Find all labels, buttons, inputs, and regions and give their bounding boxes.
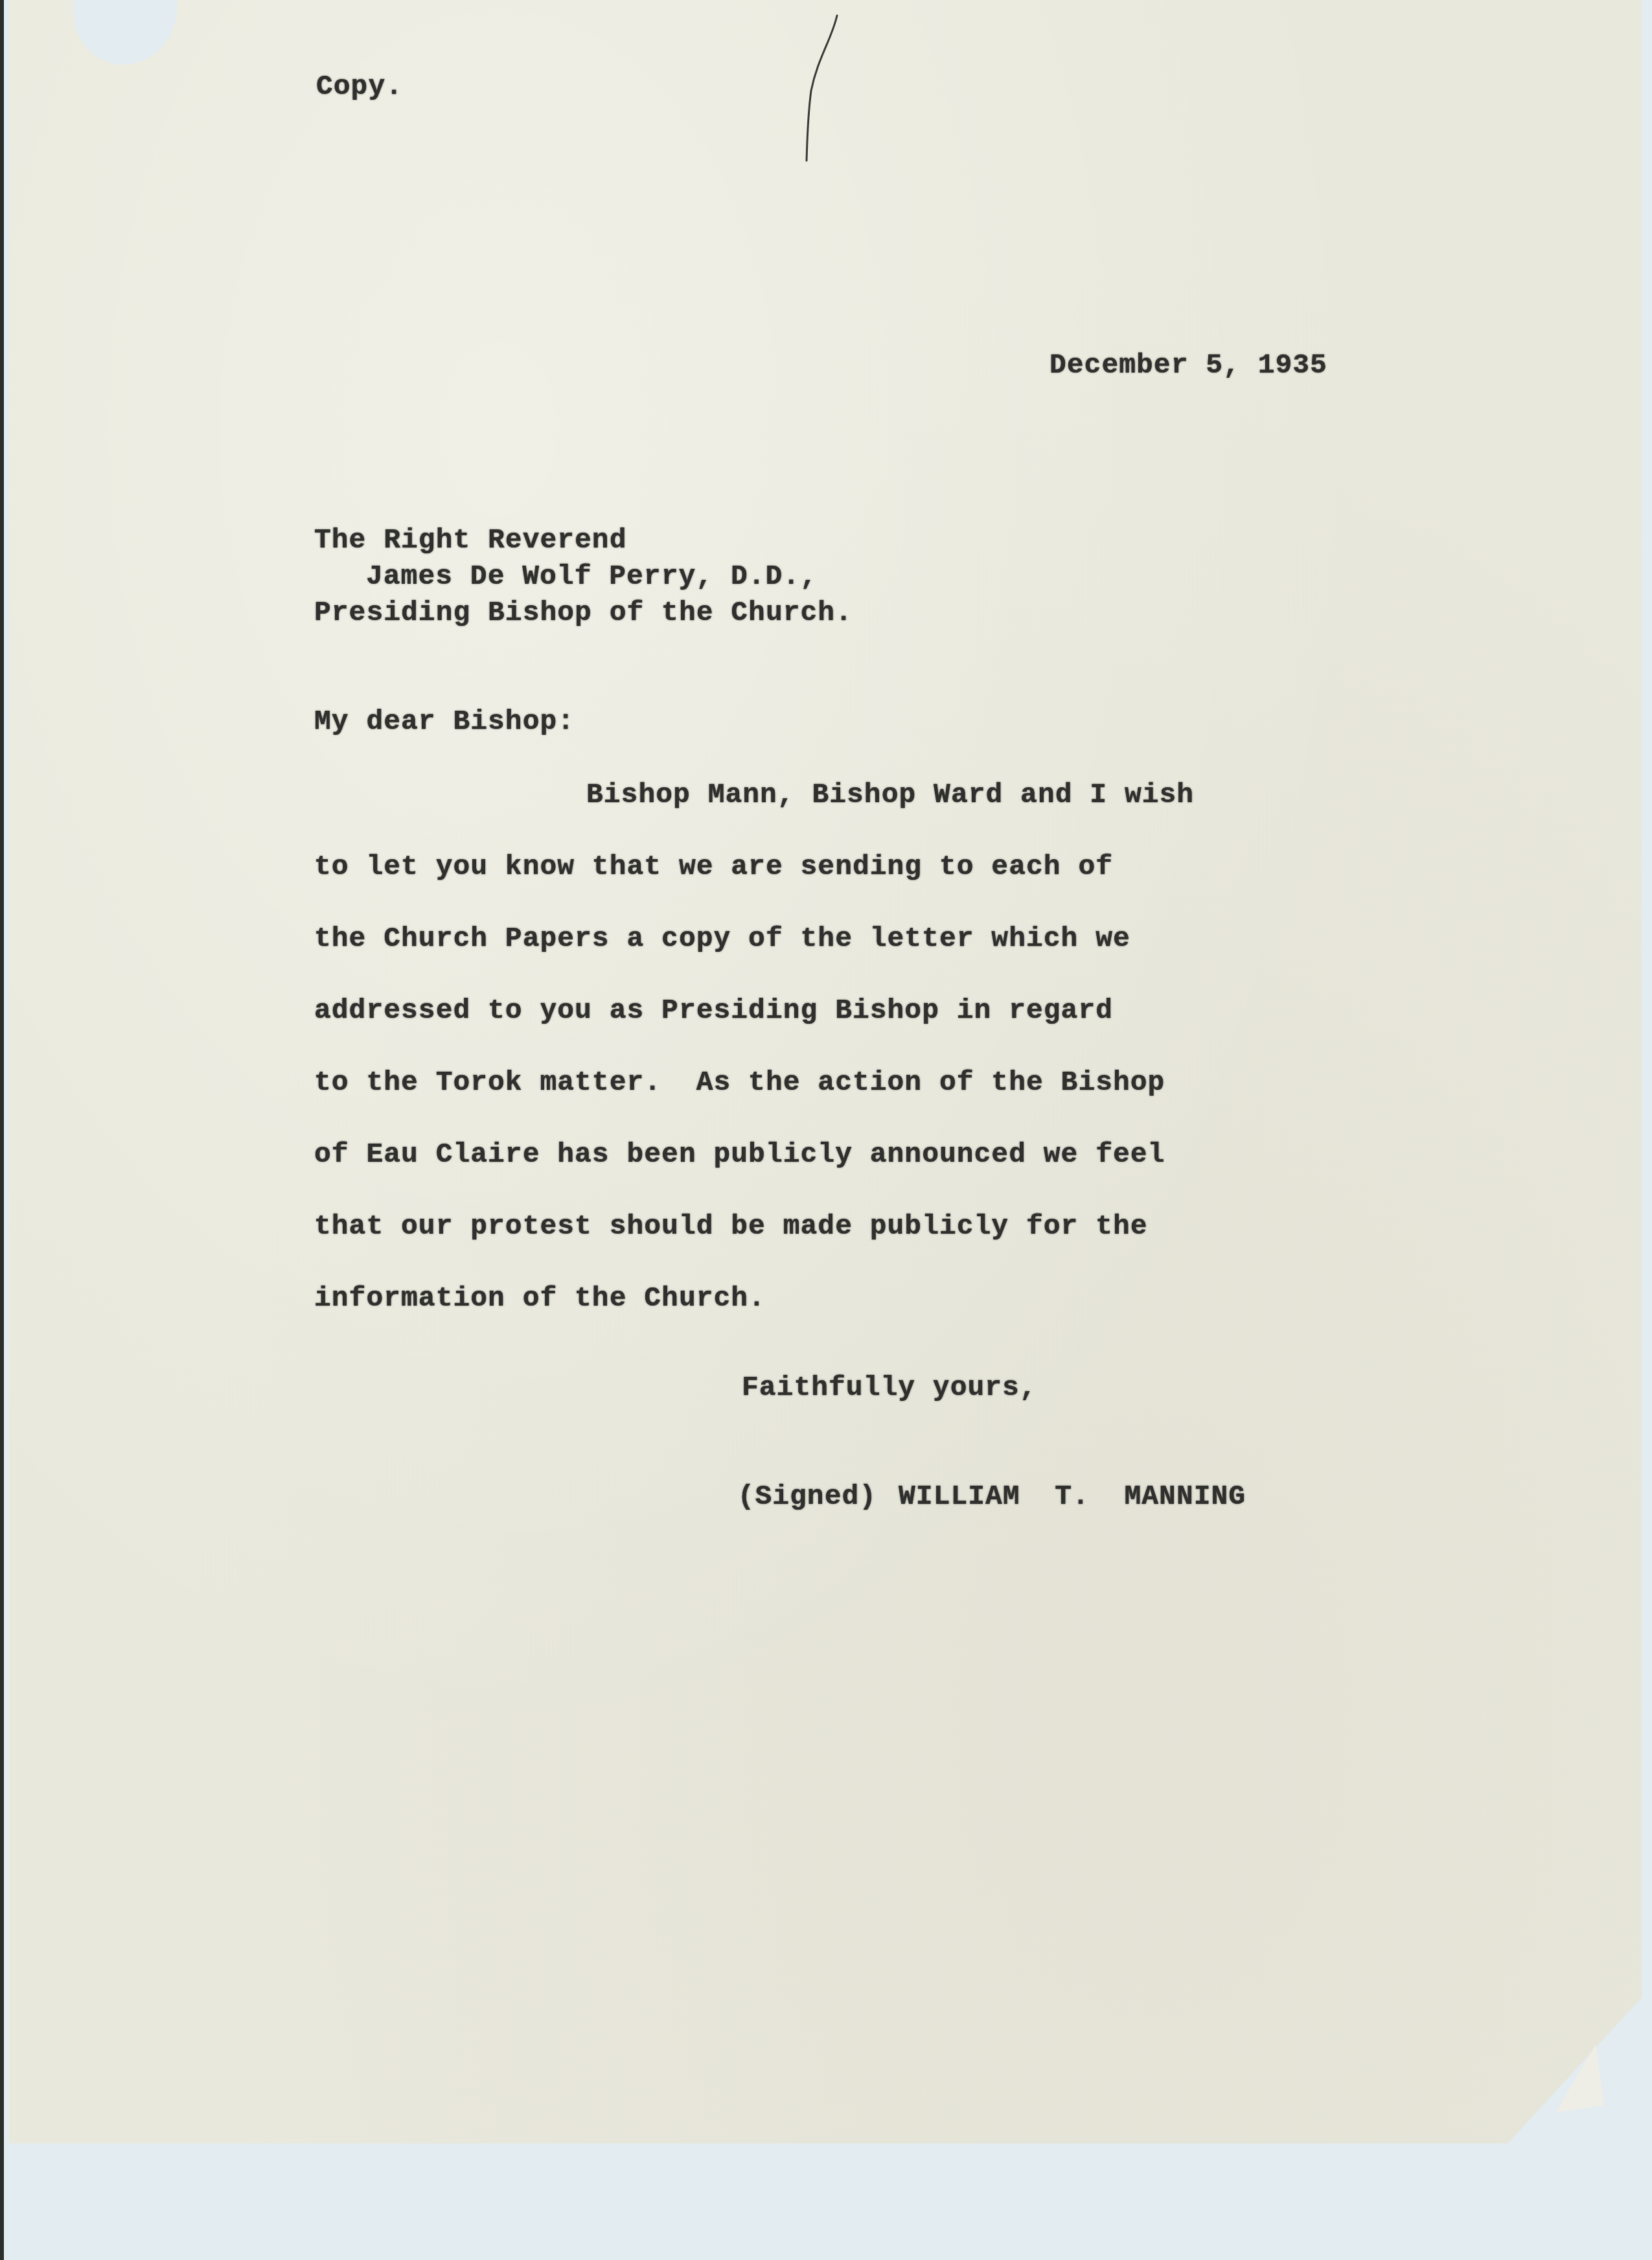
- body-line: addressed to you as Presiding Bishop in …: [314, 997, 1113, 1024]
- body-line: to let you know that we are sending to e…: [314, 853, 1113, 881]
- signature-block: (Signed)WILLIAM T. MANNING: [703, 1455, 1246, 1510]
- scanner-edge: [0, 0, 4, 2260]
- folded-corner: [1548, 2044, 1604, 2112]
- recipient-position: Presiding Bishop of the Church.: [314, 599, 853, 627]
- body-line: information of the Church.: [314, 1284, 766, 1312]
- copy-label: Copy.: [316, 73, 403, 100]
- body-line: Bishop Mann, Bishop Ward and I wish: [586, 781, 1194, 809]
- signatory-name: WILLIAM T. MANNING: [899, 1481, 1246, 1512]
- recipient-name: James De Wolf Perry, D.D.,: [366, 562, 818, 590]
- signature-prefix: (Signed): [738, 1481, 877, 1512]
- body-line: of Eau Claire has been publicly announce…: [314, 1140, 1165, 1168]
- torn-corner: [74, 0, 178, 65]
- body-line: to the Torok matter. As the action of th…: [314, 1068, 1165, 1096]
- recipient-title: The Right Reverend: [314, 526, 626, 554]
- body-line: that our protest should be made publicly…: [314, 1212, 1148, 1240]
- salutation: My dear Bishop:: [314, 708, 575, 735]
- complimentary-close: Faithfully yours,: [742, 1374, 1037, 1401]
- letter-date: December 5, 1935: [1050, 351, 1327, 379]
- body-line: the Church Papers a copy of the letter w…: [314, 925, 1130, 952]
- pencil-mark-icon: [803, 13, 842, 162]
